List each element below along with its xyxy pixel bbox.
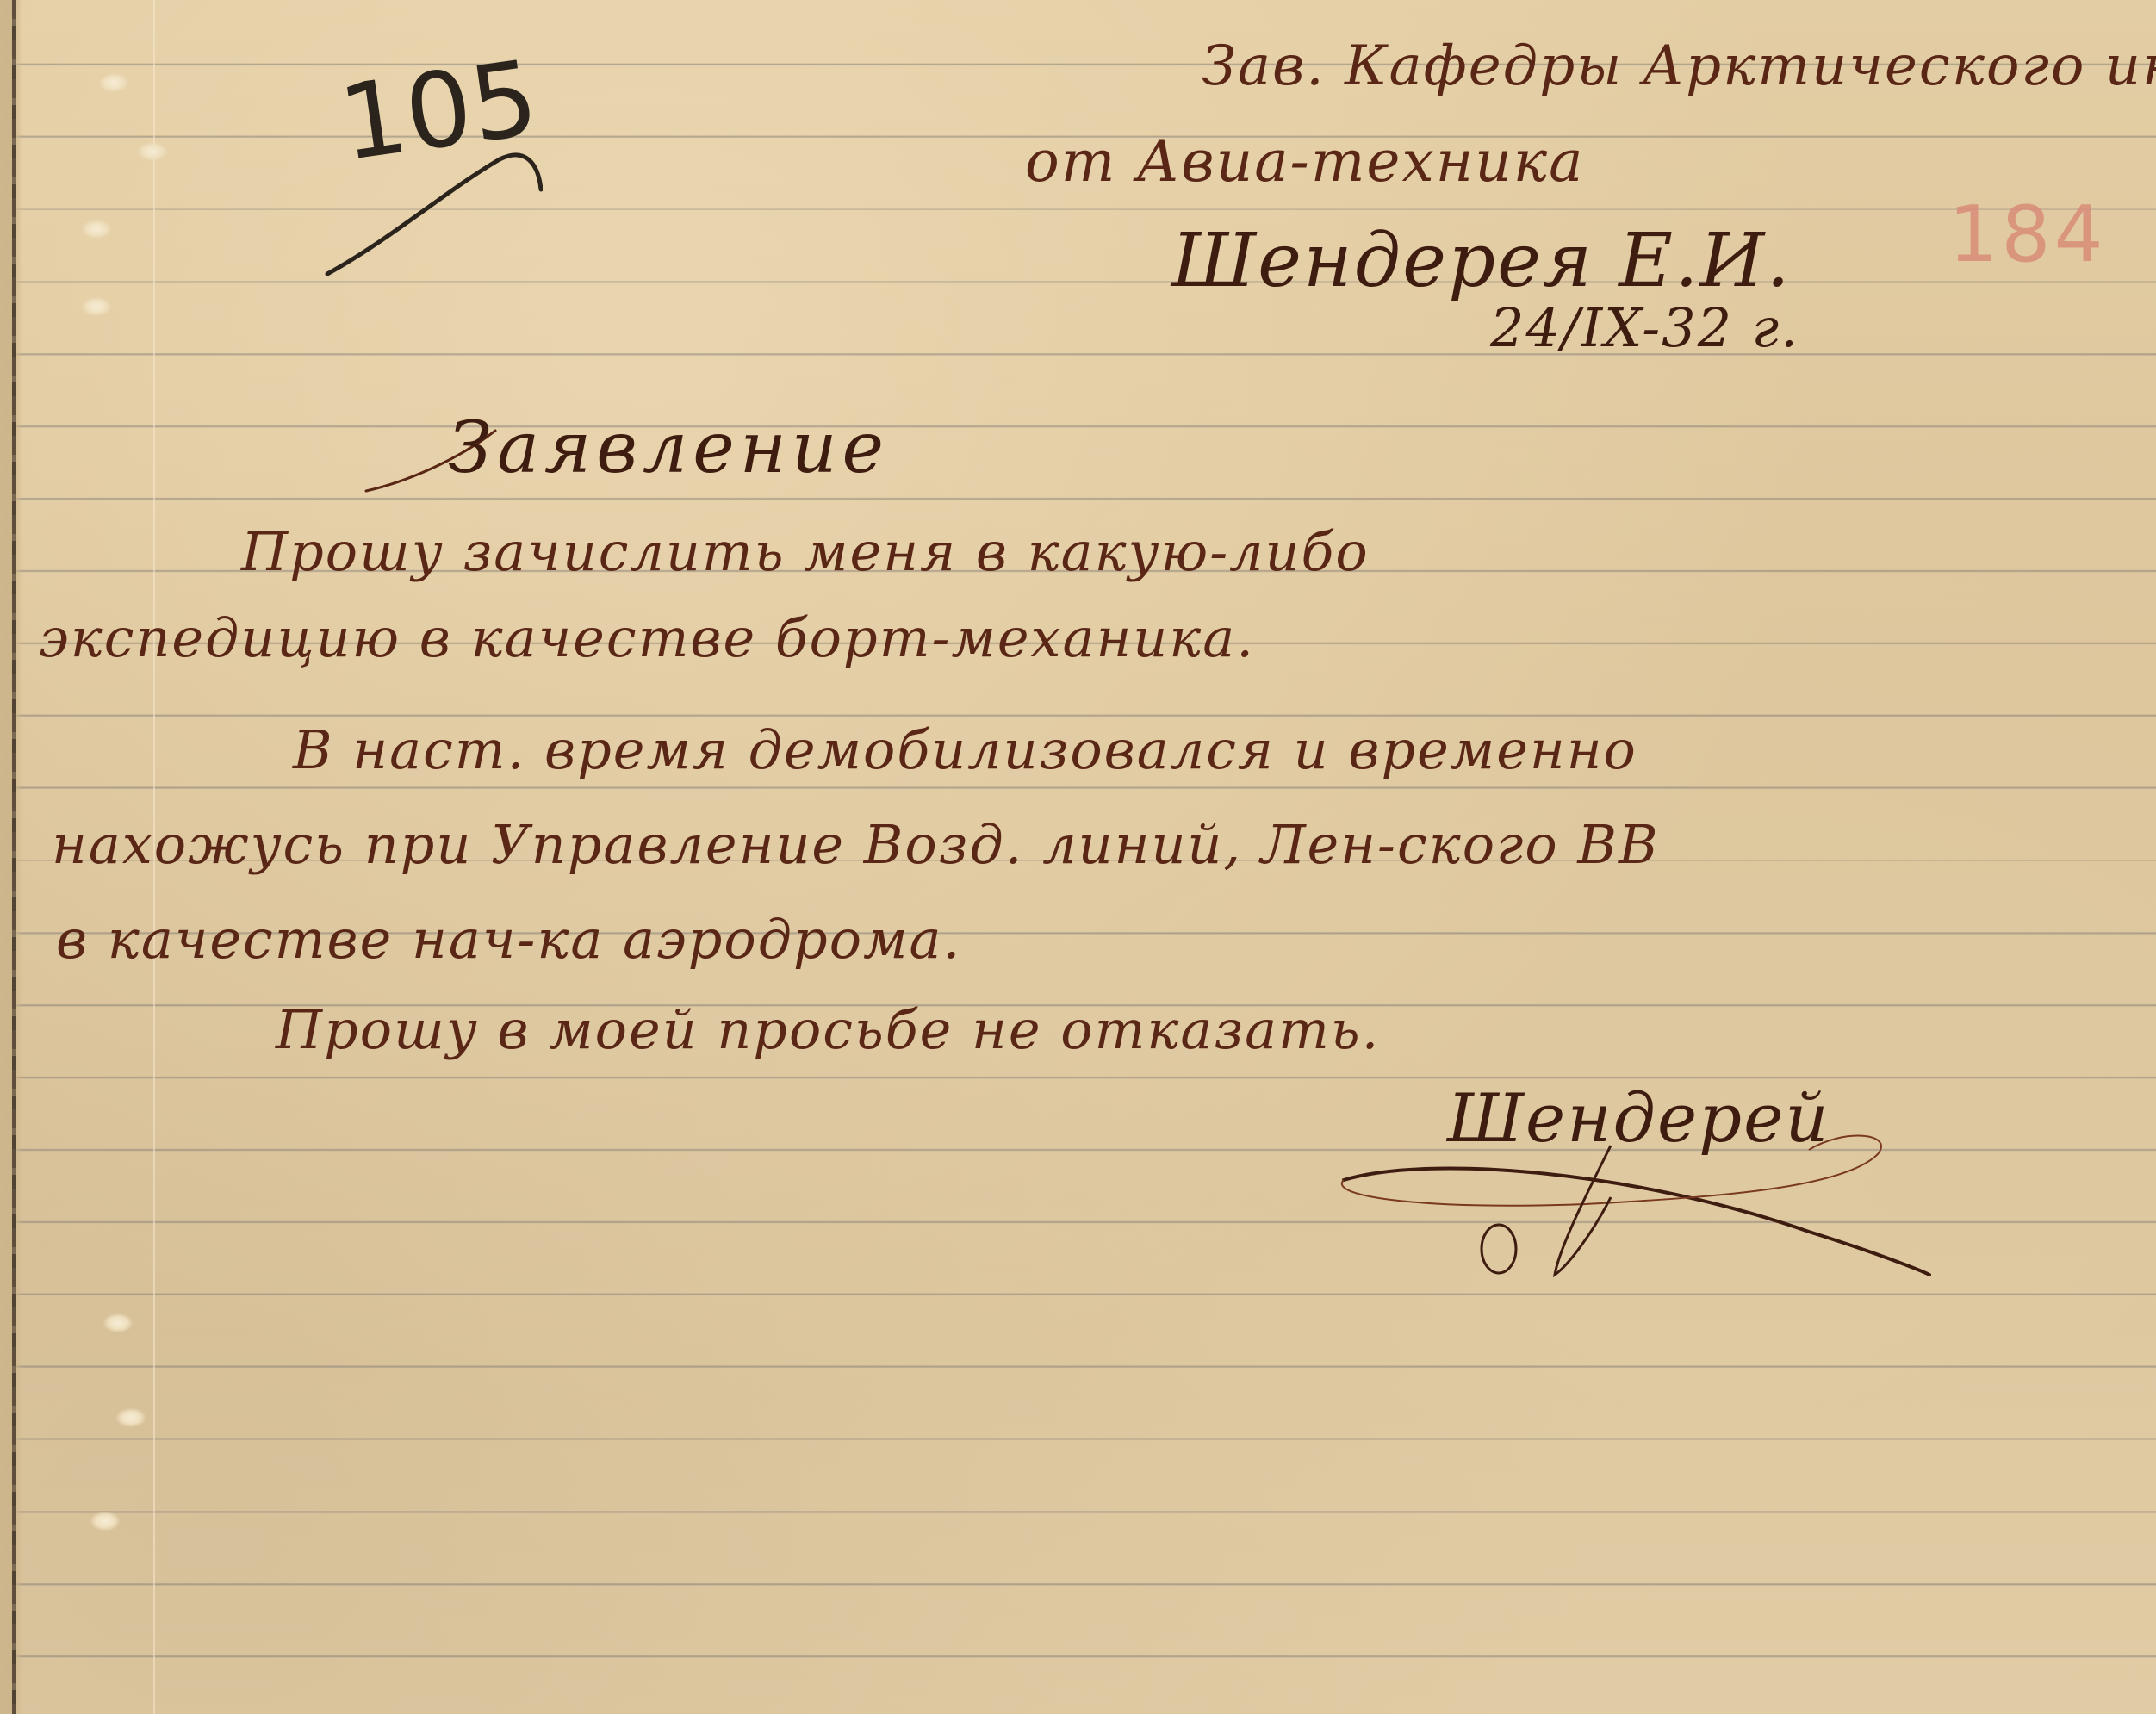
document-title: Заявление — [448, 413, 889, 484]
document-page: 105 184 Зав. Кафедры Арктического ин-та … — [0, 0, 2156, 1714]
punch-hole — [116, 1408, 146, 1427]
body-line: нахожусь при Управление Возд. линий, Лен… — [52, 818, 1660, 872]
body-line: в качестве нач-ка аэродрома. — [56, 913, 961, 966]
body-line: Прошу в моей просьбе не отказать. — [276, 1003, 1380, 1057]
sender-position-line: от Авиа-техника — [1025, 134, 1584, 190]
addressee-line: Зав. Кафедры Арктического ин-та — [1202, 39, 2156, 94]
punch-hole — [138, 142, 167, 161]
document-date: 24/IX-32 г. — [1490, 301, 1799, 355]
punch-hole — [90, 1512, 120, 1531]
punch-hole — [103, 1313, 133, 1332]
sender-name: Шендерея Е.И. — [1171, 224, 1792, 298]
body-line: В наст. время демобилизовался и временно — [293, 723, 1637, 777]
body-line: Прошу зачислить меня в какую-либо — [241, 525, 1370, 579]
body-line: экспедицию в качестве борт-механика. — [39, 612, 1255, 665]
signature-flourish — [1327, 1128, 1947, 1283]
punch-hole — [99, 73, 128, 92]
punch-hole — [82, 220, 111, 239]
punch-hole — [82, 297, 111, 316]
archive-number: 184 — [1948, 196, 2107, 274]
folio-swoosh-mark — [319, 129, 543, 284]
torn-left-edge — [0, 0, 22, 1714]
